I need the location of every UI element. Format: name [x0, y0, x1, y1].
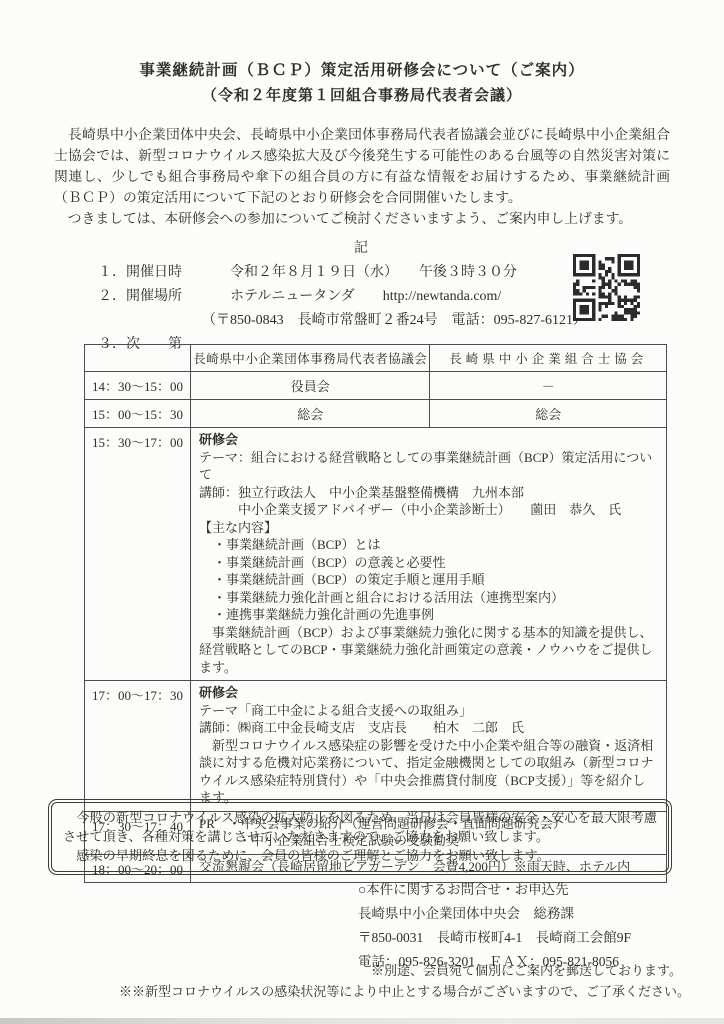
- seminar-bullet: ・連携事業継続力強化計画の先進事例: [199, 606, 658, 624]
- intro-section: 長崎県中小企業団体中央会、長崎県中小企業団体事務局代表者協議会並びに長崎県中小企…: [54, 124, 670, 229]
- seminar-lecturer-name: 中小企業支援アドバイザー（中小企業診断士） 薗田 恭久 氏: [199, 501, 658, 519]
- seminar-contents-heading: 【主な内容】: [199, 519, 658, 537]
- seminar-theme: テーマ「商工中金による組合支援への取組み」: [199, 702, 658, 720]
- agenda-table-header-row: 長崎県中小企業団体事務局代表者協議会 長崎県中小企業組合士協会: [85, 345, 667, 372]
- contact-address: 〒850-0031 長崎市桜町4-1 長崎商工会館9F: [358, 926, 631, 950]
- detail-date-value: 令和２年８月１９日（水） 午後３時３０分: [230, 261, 517, 285]
- seminar-lecturer: 講師：独立行政法人 中小企業基盤整備機構 九州本部: [199, 484, 658, 502]
- header-association-cell: 長崎県中小企業組合士協会: [430, 345, 667, 372]
- detail-venue-value: ホテルニュータンダ http://newtanda.com/: [230, 285, 501, 309]
- intro-paragraph-2: つきましては、本研修会への参加についてご検討くださいますよう、ご案内申し上げます…: [54, 208, 670, 229]
- qr-code-icon: [573, 254, 640, 321]
- association-cell: 総会: [430, 400, 667, 428]
- document-page: 事業継続計画（ＢＣＰ）策定活用研修会について（ご案内） （令和２年度第１回組合事…: [0, 0, 724, 1024]
- details-list: １． 開催日時 令和２年８月１９日（水） 午後３時３０分 ２． 開催場所 ホテル…: [98, 261, 587, 357]
- seminar-bullet: ・事業継続力強化計画と組合における活用法（連携型案内）: [199, 589, 658, 607]
- seminar-bullet: ・事業継続計画（BCP）の意義と必要性: [199, 554, 658, 572]
- time-cell: 15：00～15：30: [85, 400, 191, 428]
- time-cell: 15：30～17：00: [85, 428, 191, 681]
- detail-venue-address: （〒850-0843 長崎市常盤町２番24号 電話：095-827-6121）: [202, 309, 587, 333]
- detail-date-label: 開催日時: [126, 261, 230, 285]
- seminar-theme: テーマ：組合における経営戦略としての事業継続計画（BCP）策定活用について: [199, 449, 658, 484]
- table-row: 14：30～15：00 役員会 －: [85, 372, 667, 400]
- notice-line-1: 今般の新型コロナウイルス感染の拡大防止を図るため、当日は会員皆様の安全・安心を最…: [63, 808, 657, 846]
- detail-venue-label: 開催場所: [126, 285, 230, 309]
- contact-org: 長崎県中小企業団体中央会 総務課: [358, 902, 631, 926]
- page-subtitle: （令和２年度第１回組合事務局代表者会議）: [0, 84, 724, 105]
- header-council-cell: 長崎県中小企業団体事務局代表者協議会: [190, 345, 430, 372]
- footnote-cancellation: ※※新型コロナウイルスの感染状況等により中止とする場合がございますので、ご了承く…: [119, 981, 690, 1000]
- page-title: 事業継続計画（ＢＣＰ）策定活用研修会について（ご案内）: [0, 58, 724, 80]
- seminar-1-cell: 研修会 テーマ：組合における経営戦略としての事業継続計画（BCP）策定活用につい…: [190, 428, 666, 681]
- intro-paragraph-1: 長崎県中小企業団体中央会、長崎県中小企業団体事務局代表者協議会並びに長崎県中小企…: [54, 124, 670, 208]
- seminar-2-cell: 研修会 テーマ「商工中金による組合支援への取組み」 講師：㈱商工中金長崎支店 支…: [190, 681, 666, 812]
- header-time-cell: [85, 345, 191, 372]
- seminar-title: 研修会: [199, 431, 658, 449]
- time-cell: 14：30～15：00: [85, 372, 191, 400]
- seminar-lecturer: 講師：㈱商工中金長崎支店 支店長 柏木 二郎 氏: [199, 719, 658, 737]
- detail-venue-row: ２． 開催場所 ホテルニュータンダ http://newtanda.com/: [98, 285, 587, 309]
- council-cell: 総会: [190, 400, 430, 428]
- association-cell: －: [430, 372, 667, 400]
- council-cell: 役員会: [190, 372, 430, 400]
- covid-notice-box: 今般の新型コロナウイルス感染の拡大防止を図るため、当日は会員皆様の安全・安心を最…: [48, 799, 672, 875]
- seminar-bullet: ・事業継続計画（BCP）とは: [199, 536, 658, 554]
- table-row: 15：30～17：00 研修会 テーマ：組合における経営戦略としての事業継続計画…: [85, 428, 667, 681]
- time-cell: 17：00～17：30: [85, 681, 191, 812]
- seminar-bullet: ・事業継続計画（BCP）の策定手順と運用手順: [199, 571, 658, 589]
- seminar-summary: 事業継続計画（BCP）および事業継続力強化に関する基本的知識を提供し、経営戦略と…: [199, 624, 658, 677]
- detail-date-row: １． 開催日時 令和２年８月１９日（水） 午後３時３０分: [98, 261, 587, 285]
- footnote-mailing: ※別途、会員宛て個別にご案内を郵送しております。: [371, 960, 682, 979]
- seminar-title: 研修会: [199, 684, 658, 702]
- seminar-summary: 新型コロナウイルス感染症の影響を受けた中小企業や組合等の融資・返済相談に対する危…: [199, 737, 658, 807]
- table-row: 15：00～15：30 総会 総会: [85, 400, 667, 428]
- notice-line-2: 感染の早期終息を図るために、会員の皆様のご理解とご協力をお願い致します。: [63, 846, 657, 865]
- detail-number: １．: [98, 261, 126, 285]
- detail-number: ２．: [98, 285, 126, 309]
- table-row: 17：00～17：30 研修会 テーマ「商工中金による組合支援への取組み」 講師…: [85, 681, 667, 812]
- contact-heading: ○本件に関するお問合せ・お申込先: [358, 878, 631, 902]
